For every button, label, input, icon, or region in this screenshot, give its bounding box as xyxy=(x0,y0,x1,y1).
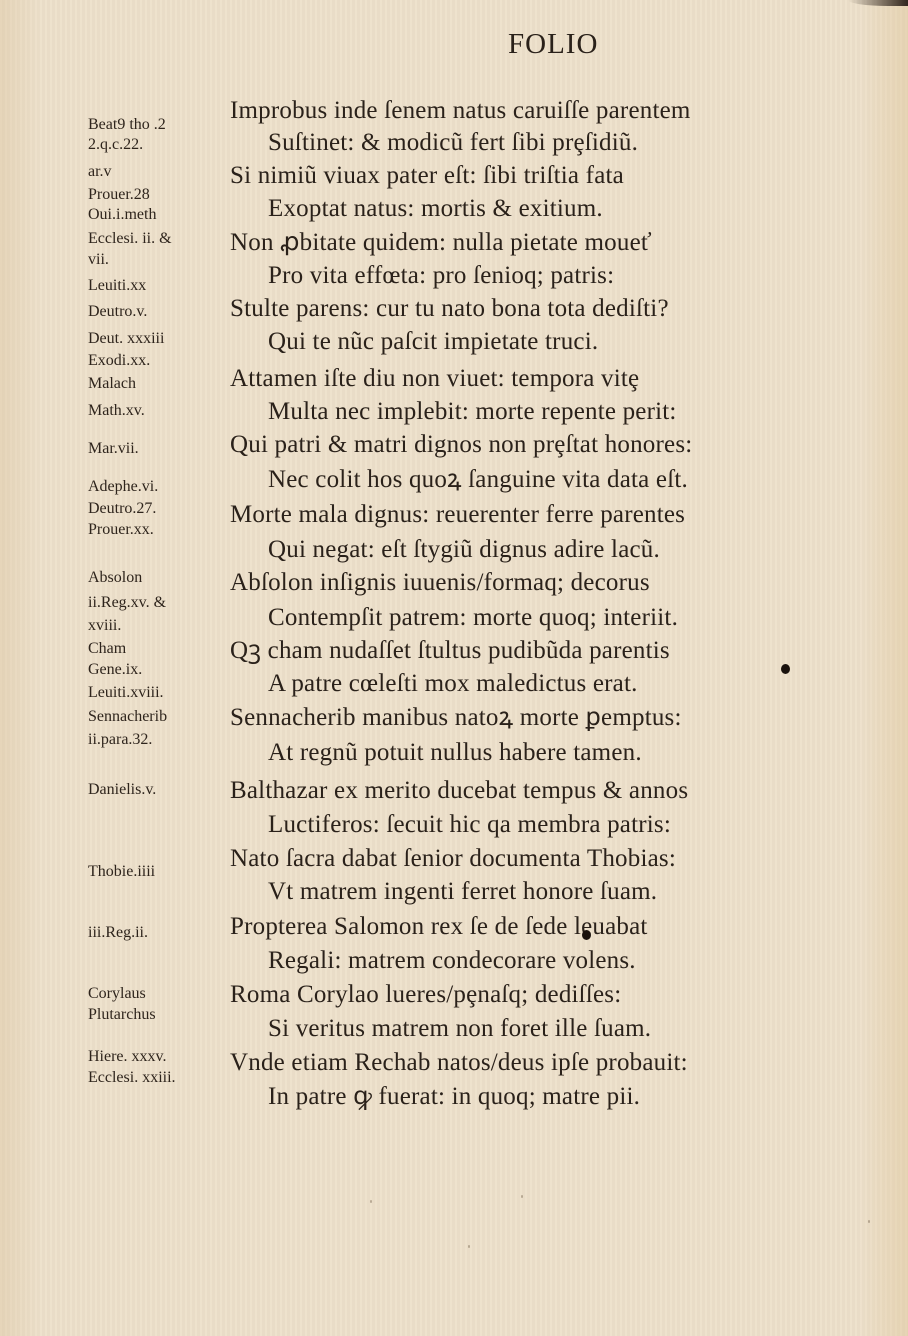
ink-blot xyxy=(582,930,591,940)
margin-note: vii. xyxy=(88,251,109,268)
margin-note: Deut. xxxiii xyxy=(88,330,164,347)
margin-note: Deutro.v. xyxy=(88,303,147,320)
margin-note: xviii. xyxy=(88,617,121,634)
verse-line: Luctiferos: ſecuit hic qa membra patris: xyxy=(268,810,671,840)
margin-note: Sennacherib xyxy=(88,708,167,725)
verse-line: Roma Corylao lueres/pȩnaſq; dediſſes: xyxy=(230,980,621,1010)
verse-line: Pro vita effœta: pro ſenioq; patris: xyxy=(268,261,614,291)
margin-note: Prouer.xx. xyxy=(88,521,154,538)
verse-line: Nec colit hos quoꝝ ſanguine vita data eſ… xyxy=(268,465,688,495)
verse-line: Qꝫ cham nudaſſet ſtultus pudibũda parent… xyxy=(230,636,670,666)
verse-line: Attamen iſte diu non viuet: tempora vitȩ xyxy=(230,364,639,394)
paper-speck xyxy=(521,1195,523,1198)
margin-note: Plutarchus xyxy=(88,1006,156,1023)
margin-note: Prouer.28 xyxy=(88,186,150,203)
margin-note: Leuiti.xx xyxy=(88,277,146,294)
verse-line: Improbus inde ſenem natus caruiſſe paren… xyxy=(230,96,691,126)
margin-note: Exodi.xx. xyxy=(88,352,150,369)
margin-note: ii.para.32. xyxy=(88,731,152,748)
paper-speck xyxy=(370,1200,372,1203)
page-corner-shadow xyxy=(848,0,908,6)
margin-note: Danielis.v. xyxy=(88,781,156,798)
verse-line: A patre cœleſti mox maledictus erat. xyxy=(268,669,638,699)
margin-note: Math.xv. xyxy=(88,402,145,419)
verse-line: Multa nec implebit: morte repente perit: xyxy=(268,397,677,427)
paper-speck xyxy=(468,1245,470,1248)
margin-note: Beat9 tho .2 xyxy=(88,116,166,133)
paper-speck xyxy=(868,1220,870,1223)
verse-line: Sennacherib manibus natoꝝ morte ꝑemptus: xyxy=(230,703,682,733)
margin-note: Hiere. xxxv. xyxy=(88,1048,167,1065)
margin-note: Adephe.vi. xyxy=(88,478,158,495)
verse-line: Qui te nũc paſcit impietate truci. xyxy=(268,327,598,357)
margin-note: iii.Reg.ii. xyxy=(88,924,148,941)
margin-note: Absolon xyxy=(88,569,142,586)
margin-note: Gene.ix. xyxy=(88,661,142,678)
verse-line: Si veritus matrem non foret ille ſuam. xyxy=(268,1014,651,1044)
margin-note: Leuiti.xviii. xyxy=(88,684,164,701)
verse-line: Contempſit patrem: morte quoq; interiit. xyxy=(268,603,678,633)
verse-line: Regali: matrem condecorare volens. xyxy=(268,946,636,976)
verse-line: Stulte parens: cur tu nato bona tota ded… xyxy=(230,294,669,324)
margin-note: Thobie.iiii xyxy=(88,863,155,880)
margin-note: Corylaus xyxy=(88,985,146,1002)
verse-line: Exoptat natus: mortis & exitium. xyxy=(268,194,603,224)
margin-note: ii.Reg.xv. & xyxy=(88,594,166,611)
margin-note: Oui.i.meth xyxy=(88,206,156,223)
margin-note: 2.q.c.22. xyxy=(88,136,143,153)
verse-line: Vnde etiam Rechab natos/deus ipſe probau… xyxy=(230,1048,688,1078)
margin-note: Ecclesi. xxiii. xyxy=(88,1069,176,1086)
verse-line: Qui patri & matri dignos non prȩſtat hon… xyxy=(230,430,692,460)
ink-blot xyxy=(781,664,790,674)
verse-line: At regnũ potuit nullus habere tamen. xyxy=(268,738,642,768)
margin-note: Cham xyxy=(88,640,126,657)
verse-line: Abſolon inſignis iuuenis/formaq; decorus xyxy=(230,568,650,598)
verse-line: Suſtinet: & modicũ fert ſibi prȩſidiũ. xyxy=(268,128,638,158)
margin-note: Mar.vii. xyxy=(88,440,139,457)
verse-line: Vt matrem ingenti ferret honore ſuam. xyxy=(268,877,657,907)
verse-line: Balthazar ex merito ducebat tempus & ann… xyxy=(230,776,688,806)
margin-note: Ecclesi. ii. & xyxy=(88,230,172,247)
running-head: FOLIO xyxy=(508,28,598,61)
verse-line: Non ꝓbitate quidem: nulla pietate moueť xyxy=(230,228,652,258)
verse-line: In patre ꝙ fuerat: in quoq; matre pii. xyxy=(268,1082,640,1112)
margin-note: Deutro.27. xyxy=(88,500,156,517)
margin-note: Malach xyxy=(88,375,136,392)
verse-line: Morte mala dignus: reuerenter ferre pare… xyxy=(230,500,685,530)
verse-line: Qui negat: eſt ſtygiũ dignus adire lacũ. xyxy=(268,535,660,565)
verse-line: Nato ſacra dabat ſenior documenta Thobia… xyxy=(230,844,676,874)
margin-note: ar.v xyxy=(88,163,112,180)
verse-line: Si nimiũ viuax pater eſt: ſibi triſtia f… xyxy=(230,161,624,191)
